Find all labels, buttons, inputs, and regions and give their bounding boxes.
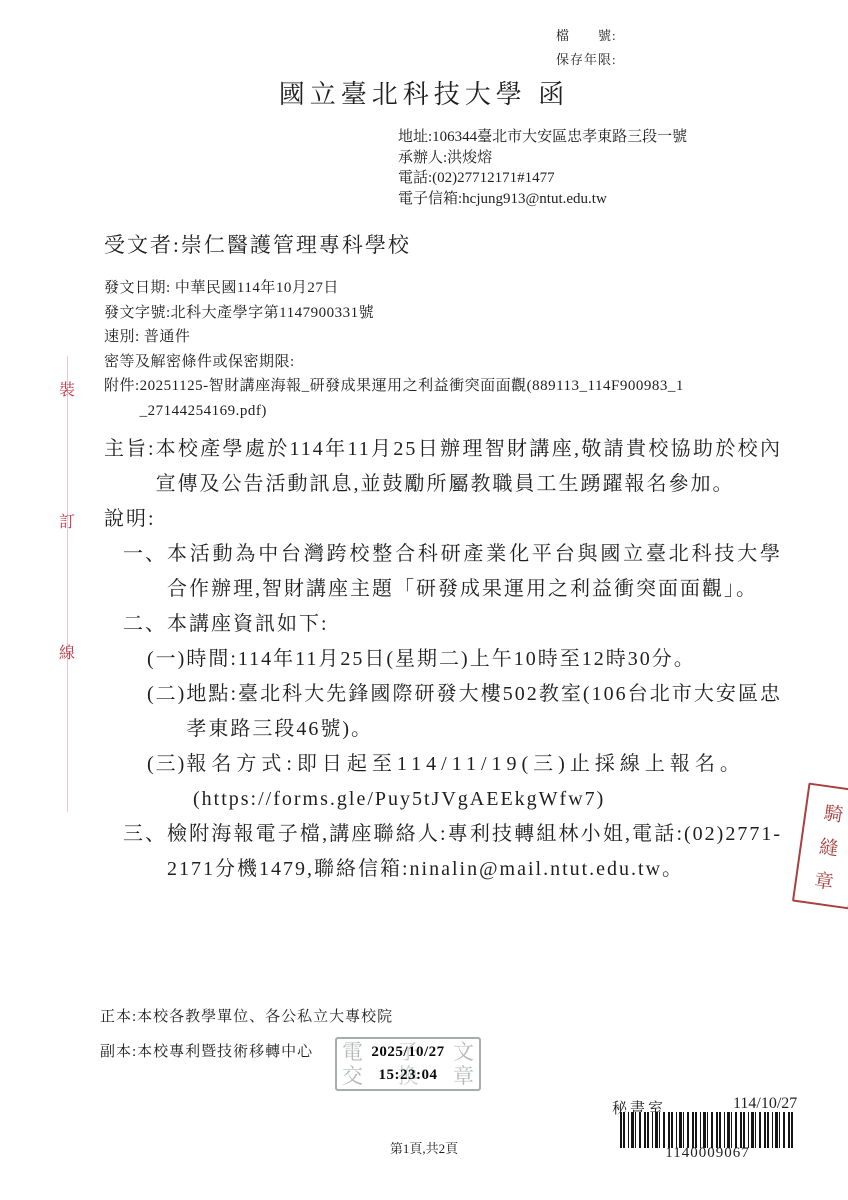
sub1-text: 時間:114年11月25日(星期二)上午10時至12時30分。	[186, 642, 782, 677]
binding-char-zhuang: 裝	[59, 383, 75, 399]
document-page: { "colors": { "text": "#1f1f1f", "bindin…	[0, 0, 848, 1200]
exchange-stamp-datetime: 2025/10/27 15:23:04	[337, 1041, 479, 1087]
item2-label: 二、	[123, 607, 167, 642]
item3-label: 三、	[123, 817, 167, 852]
description-label: 說明:	[104, 502, 782, 537]
recipient-line: 受文者:崇仁醫護管理專科學校	[104, 229, 411, 259]
description-item-3: 三、 檢附海報電子檔,講座聯絡人:專利技轉組林小姐,電話:(02)2771-21…	[123, 817, 782, 887]
document-body: 主旨: 本校產學處於114年11月25日辦理智財講座,敬請貴校協助於校內宣傳及公…	[104, 432, 782, 887]
item2-text: 本講座資訊如下:	[167, 607, 782, 642]
sub-item-3: (三) 報名方式:即日起至114/11/19(三)止採線上報名。	[147, 747, 782, 782]
sub-item-1: (一) 時間:114年11月25日(星期二)上午10時至12時30分。	[147, 642, 782, 677]
description-item-1: 一、 本活動為中台灣跨校整合科研產業化平台與國立臺北科技大學合作辦理,智財講座主…	[123, 537, 782, 607]
sender-info-block: 地址:106344臺北市大安區忠孝東路三段一號 承辦人:洪焌熔 電話:(02)2…	[398, 127, 687, 209]
seam-char-3: 章	[813, 865, 836, 894]
speed-line: 速別: 普通件	[104, 325, 760, 350]
sub-item-2: (二) 地點:臺北科大先鋒國際研發大樓502教室(106台北市大安區忠孝東路三段…	[147, 677, 782, 747]
issue-date-line: 發文日期: 中華民國114年10月27日	[104, 276, 760, 301]
file-number-block: 檔 號: 保存年限:	[556, 24, 617, 72]
attachment-label: 附件:	[104, 374, 140, 423]
attachment-filename-line1: 20251125-智財講座海報_研發成果運用之利益衝突面面觀(889113_11…	[140, 378, 684, 394]
subject-text: 本校產學處於114年11月25日辦理智財講座,敬請貴校協助於校內宣傳及公告活動訊…	[156, 432, 782, 502]
binding-char-ding: 訂	[59, 515, 75, 531]
seam-char-1: 騎	[822, 798, 845, 827]
binding-margin-line	[67, 356, 68, 812]
document-title: 國立臺北科技大學 函	[0, 74, 848, 111]
electronic-exchange-stamp: 電 交 子 換 文 章 2025/10/27 15:23:04	[335, 1037, 481, 1091]
security-line: 密等及解密條件或保密期限:	[104, 350, 760, 375]
document-meta-block: 發文日期: 中華民國114年10月27日 發文字號:北科大產學字第1147900…	[104, 276, 760, 423]
item1-text: 本活動為中台灣跨校整合科研產業化平台與國立臺北科技大學合作辦理,智財講座主題「研…	[167, 537, 782, 607]
attachment-filename-line2: _27144254169.pdf)	[140, 403, 267, 419]
seam-stamp: 騎 縫 章	[792, 783, 848, 910]
sub1-label: (一)	[147, 642, 186, 677]
sender-email: 電子信箱:hcjung913@ntut.edu.tw	[398, 189, 687, 210]
signup-url: (https://forms.gle/Puy5tJVgAEEkgWfw7)	[193, 782, 782, 817]
exchange-stamp-time: 15:23:04	[337, 1064, 479, 1087]
secretary-date: 114/10/27	[733, 1095, 797, 1113]
attachment-line: 附件: 20251125-智財講座海報_研發成果運用之利益衝突面面觀(88911…	[104, 374, 760, 423]
description-item-2: 二、 本講座資訊如下:	[123, 607, 782, 642]
file-number-label: 檔 號:	[556, 24, 617, 48]
sub2-text: 地點:臺北科大先鋒國際研發大樓502教室(106台北市大安區忠孝東路三段46號)…	[186, 677, 782, 747]
item3-text: 檢附海報電子檔,講座聯絡人:專利技轉組林小姐,電話:(02)2771-2171分…	[167, 817, 782, 887]
retention-label: 保存年限:	[556, 48, 617, 72]
subject-paragraph: 主旨: 本校產學處於114年11月25日辦理智財講座,敬請貴校協助於校內宣傳及公…	[104, 432, 782, 502]
original-copy-line: 正本:本校各教學單位、各公私立大專校院	[100, 1000, 393, 1035]
sender-contact-person: 承辦人:洪焌熔	[398, 148, 687, 169]
seam-char-2: 縫	[818, 831, 841, 860]
exchange-stamp-date: 2025/10/27	[337, 1041, 479, 1064]
binding-char-xian: 線	[59, 646, 75, 662]
sub2-label: (二)	[147, 677, 186, 712]
subject-label: 主旨:	[104, 432, 156, 467]
item1-label: 一、	[123, 537, 167, 572]
doc-number-line: 發文字號:北科大產學字第1147900331號	[104, 301, 760, 326]
attachment-filename: 20251125-智財講座海報_研發成果運用之利益衝突面面觀(889113_11…	[140, 374, 760, 423]
sender-address: 地址:106344臺北市大安區忠孝東路三段一號	[398, 127, 687, 148]
sub3-label: (三)	[147, 747, 186, 782]
sender-phone: 電話:(02)27712171#1477	[398, 168, 687, 189]
page-number-info: 第1頁,共2頁	[0, 1138, 848, 1157]
sub3-text: 報名方式:即日起至114/11/19(三)止採線上報名。	[186, 747, 782, 782]
